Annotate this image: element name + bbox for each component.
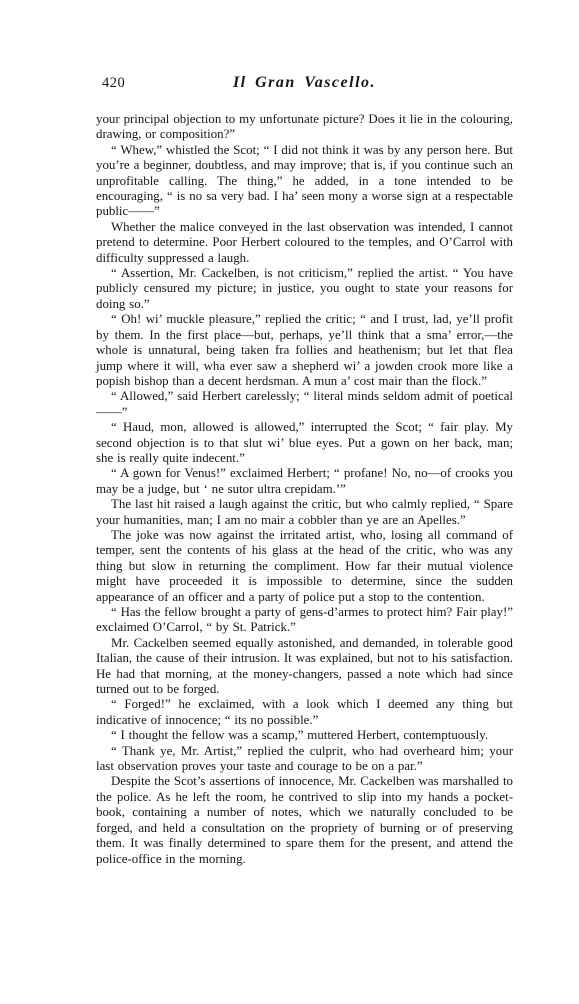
paragraph: “ Assertion, Mr. Cackelben, is not criti… — [96, 266, 513, 312]
paragraph: The joke was now against the irritated a… — [96, 528, 513, 605]
paragraph: “ A gown for Venus!” exclaimed Herbert; … — [96, 466, 513, 497]
paragraph: “ Has the fellow brought a party of gens… — [96, 605, 513, 636]
running-title: Il Gran Vascello. — [96, 74, 513, 92]
paragraph: Despite the Scot’s assertions of innocen… — [96, 774, 513, 866]
paragraph: “ Thank ye, Mr. Artist,” replied the cul… — [96, 744, 513, 775]
page-header: 420 Il Gran Vascello. — [96, 74, 513, 94]
paragraph: The last hit raised a laugh against the … — [96, 497, 513, 528]
paragraph: Mr. Cackelben seemed equally astonished,… — [96, 636, 513, 698]
paragraph: “ Allowed,” said Herbert carelessly; “ l… — [96, 389, 513, 420]
paragraph: “ Oh! wi’ muckle pleasure,” replied the … — [96, 312, 513, 389]
book-page: 420 Il Gran Vascello. your principal obj… — [0, 0, 579, 1004]
paragraph: “ Haud, mon, allowed is allowed,” interr… — [96, 420, 513, 466]
paragraph: Whether the malice conveyed in the last … — [96, 220, 513, 266]
paragraph: “ Whew,” whistled the Scot; “ I did not … — [96, 143, 513, 220]
paragraph: “ I thought the fellow was a scamp,” mut… — [96, 728, 513, 743]
page-body: your principal objection to my unfortuna… — [96, 112, 513, 867]
paragraph: your principal objection to my unfortuna… — [96, 112, 513, 143]
page-number: 420 — [102, 75, 125, 92]
paragraph: “ Forged!” he exclaimed, with a look whi… — [96, 697, 513, 728]
